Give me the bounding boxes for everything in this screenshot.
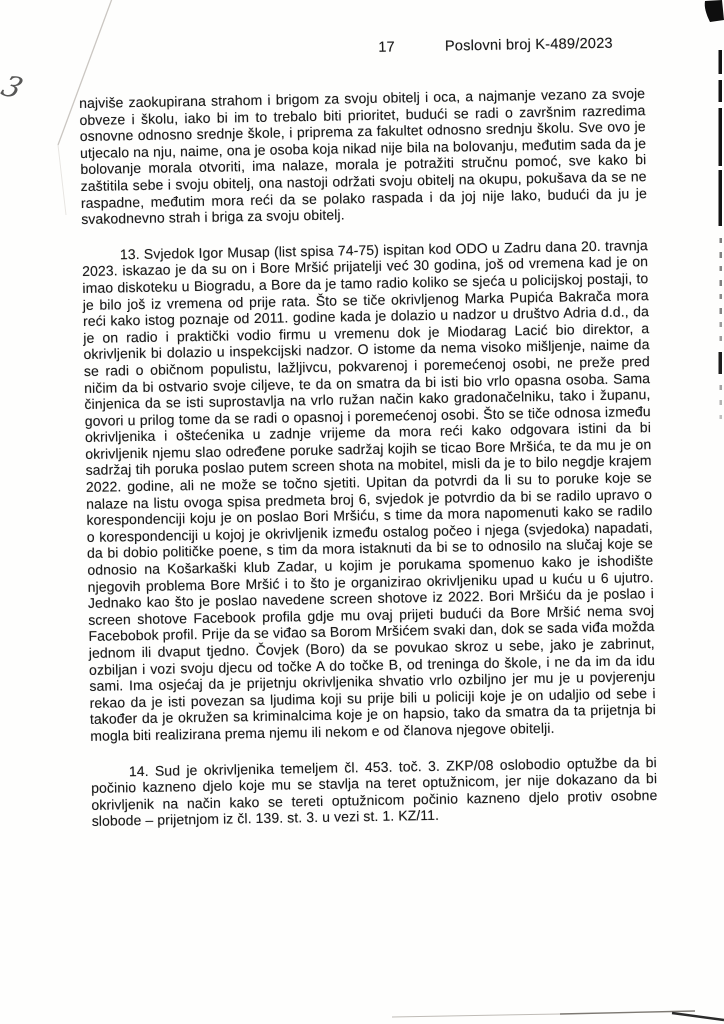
- scanned-court-document-page: 17 Poslovni broj K-489/2023 najviše zaok…: [0, 0, 724, 1024]
- binding-marks-right-edge: [705, 0, 724, 419]
- case-number: Poslovni broj K-489/2023: [445, 35, 613, 56]
- paragraph-14-acquittal: 14. Sud je okrivljenika temeljem čl. 453…: [91, 754, 658, 830]
- page-header: 17 Poslovni broj K-489/2023: [78, 34, 644, 62]
- document-text-block: 17 Poslovni broj K-489/2023 najviše zaok…: [78, 24, 658, 830]
- paragraph-continuation: najviše zaokupirana strahom i brigom za …: [79, 85, 647, 228]
- bottom-scan-line: [392, 1011, 724, 1020]
- page-number: 17: [378, 38, 395, 56]
- handwritten-margin-mark: 3: [0, 69, 28, 105]
- paragraph-13-witness-statement: 13. Svjedok Igor Musap (list spisa 74-75…: [82, 237, 657, 745]
